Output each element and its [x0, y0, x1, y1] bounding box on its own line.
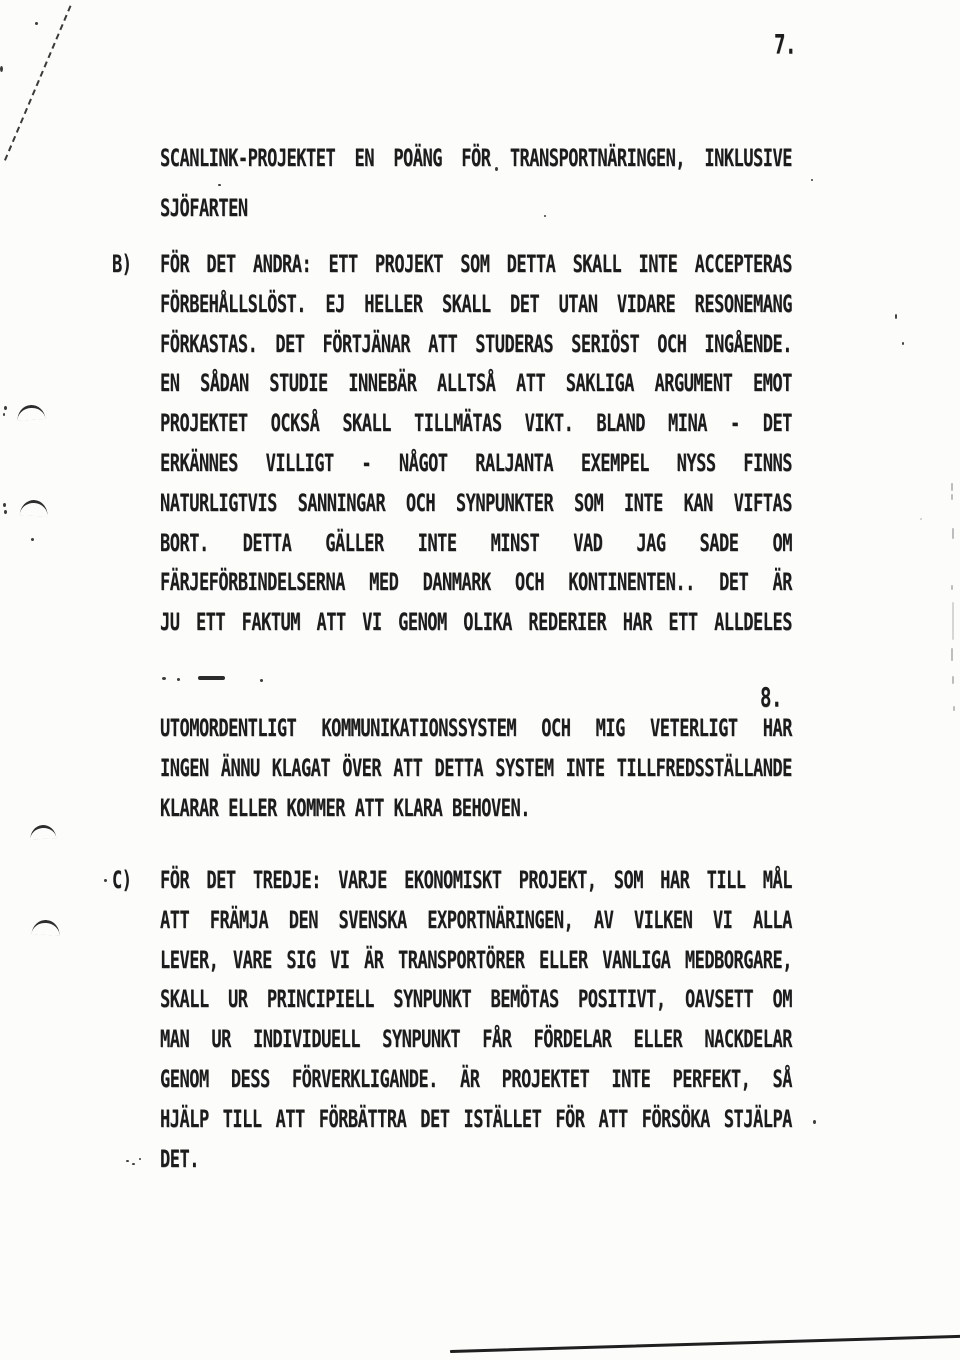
ink-speck	[31, 538, 34, 541]
ink-speck	[126, 1160, 129, 1162]
continuation-paragraph: UTOMORDENTLIGTKOMMUNIKATIONSSYSTEMOCHMIG…	[160, 709, 792, 828]
ink-speck	[3, 503, 6, 507]
ink-speck	[544, 215, 546, 217]
text-line: JUETTFAKTUMATTVIGENOMOLIKAREDERIERHARETT…	[160, 595, 792, 652]
margin-arc-mark	[30, 824, 57, 839]
pen-stroke-artifact	[4, 5, 71, 160]
document-title: SCANLINK-PROJEKTETENPOÄNGFÖRTRANSPORTNÄR…	[160, 134, 792, 233]
scan-artifact-dash	[951, 648, 953, 661]
text-line: SJÖFARTEN	[160, 173, 792, 243]
ink-speck	[920, 518, 922, 520]
section-label-b: B)	[112, 237, 131, 294]
section-b-paragraph: FÖRDETANDRA:ETTPROJEKTSOMDETTASKALLINTEA…	[160, 245, 792, 643]
ink-speck	[162, 677, 166, 680]
margin-arc-mark	[17, 404, 46, 421]
ink-speck	[902, 342, 904, 345]
page-number-7: 7.	[774, 17, 796, 73]
scan-artifact-dash	[953, 706, 955, 711]
ink-smudge	[198, 676, 225, 680]
scan-artifact-dash	[951, 483, 953, 491]
ink-speck	[177, 678, 180, 681]
ink-speck	[104, 879, 107, 882]
margin-arc-mark	[32, 919, 61, 936]
scan-artifact-dash	[952, 528, 954, 539]
ink-speck	[495, 167, 498, 171]
margin-arc-mark	[20, 499, 49, 516]
ink-speck	[811, 179, 813, 181]
section-c-paragraph: FÖRDETTREDJE:VARJEEKONOMISKTPROJEKT,SOMH…	[160, 861, 792, 1179]
ink-speck	[139, 1158, 141, 1160]
document-page: 7. 8. SCANLINK-PROJEKTETENPOÄNGFÖRTRANSP…	[0, 0, 960, 1360]
text-line: KLARAR ELLER KOMMER ATT KLARA BEHOVEN.	[160, 780, 792, 837]
ink-speck	[218, 184, 221, 186]
ink-speck	[813, 1120, 816, 1124]
ink-speck	[4, 510, 7, 514]
bottom-scan-line	[450, 1334, 960, 1352]
scan-artifact-dash	[951, 494, 953, 500]
ink-speck	[0, 66, 3, 72]
section-label-c: C)	[112, 853, 131, 910]
ink-speck	[35, 22, 38, 25]
ink-speck	[132, 1163, 135, 1165]
scan-artifact-dash	[952, 602, 954, 640]
scan-artifact-dash	[951, 585, 953, 590]
text-line: DET.	[160, 1131, 792, 1188]
ink-speck	[4, 406, 7, 410]
ink-speck	[260, 679, 263, 682]
ink-speck	[895, 314, 897, 319]
ink-speck	[3, 413, 5, 416]
scan-artifact-dash	[952, 676, 954, 684]
